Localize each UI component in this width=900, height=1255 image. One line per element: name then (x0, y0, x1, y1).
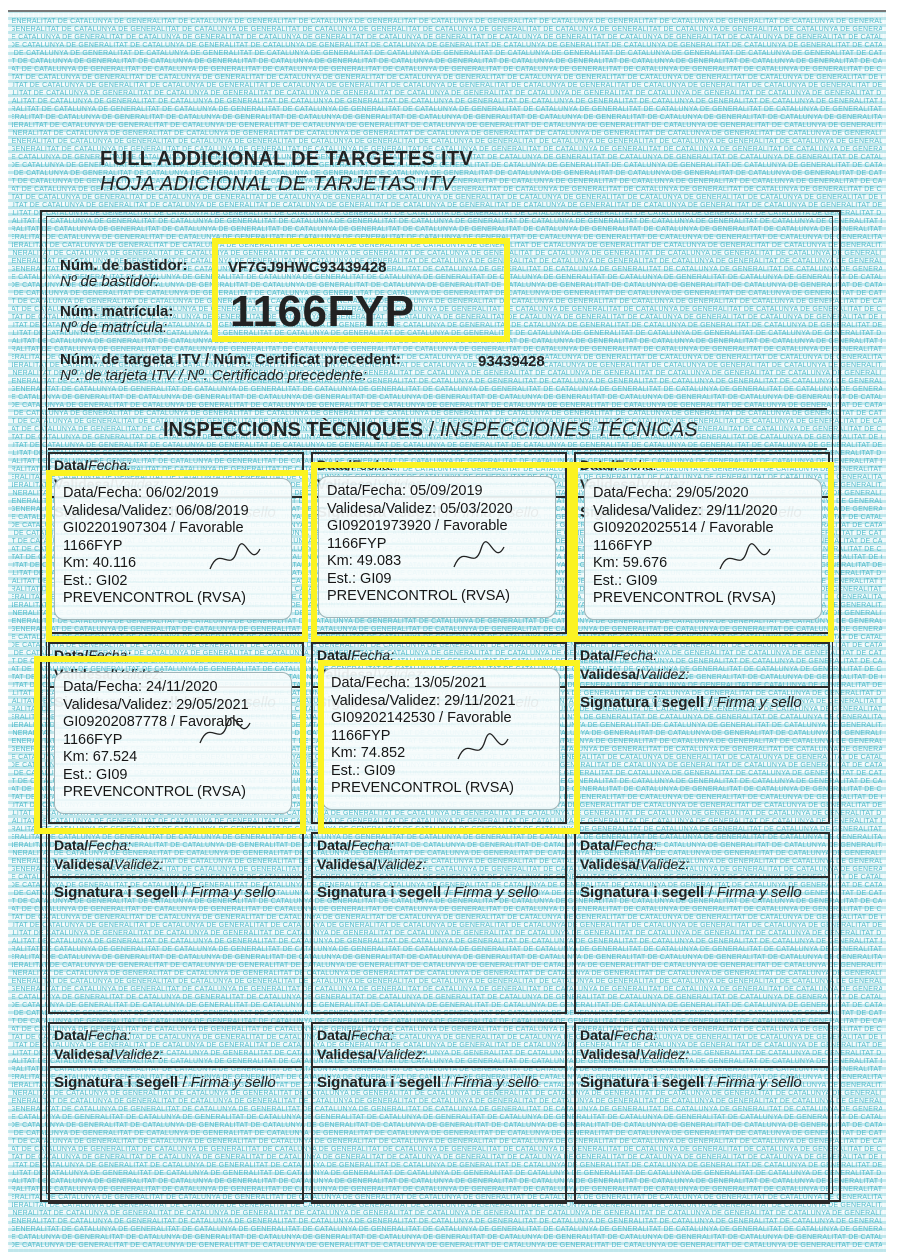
watermark-line: GENERALITAT DE CATALUNYA DE GENERALITAT … (12, 58, 882, 66)
signature-label: Signatura i segell / Firma y sello (580, 1074, 802, 1091)
watermark-line: GENERALITAT DE CATALUNYA DE GENERALITAT … (12, 1226, 882, 1234)
watermark-line: GENERALITAT DE CATALUNYA DE GENERALITAT … (12, 1218, 882, 1226)
inspection-slot-r3c1: Data/Fecha:Validesa/Validez:Signatura i … (48, 832, 304, 1014)
highlight-vehicle-id (212, 238, 510, 342)
inspection-slot-r4c1: Data/Fecha:Validesa/Validez:Signatura i … (48, 1022, 304, 1204)
watermark-line: GENERALITAT DE CATALUNYA DE GENERALITAT … (12, 106, 882, 114)
plate-label-es: Nº de matrícula: (60, 320, 173, 336)
highlight-inspection-1 (46, 470, 308, 642)
highlight-inspection-2 (311, 462, 573, 642)
watermark-line: GENERALITAT DE CATALUNYA DE GENERALITAT … (12, 130, 882, 138)
inspections-title-es: INSPECCIONES TÉCNICAS (440, 419, 698, 441)
slot-header: Data/Fecha:Validesa/Validez: (580, 836, 689, 874)
watermark-line: GENERALITAT DE CATALUNYA DE GENERALITAT … (12, 1234, 882, 1242)
watermark-line: GENERALITAT DE CATALUNYA DE GENERALITAT … (12, 34, 882, 42)
slot-divider (576, 686, 828, 688)
slot-header: Data/Fecha:Validesa/Validez: (317, 836, 426, 874)
watermark-line: GENERALITAT DE CATALUNYA DE GENERALITAT … (12, 82, 882, 90)
previous-certificate-value: 93439428 (478, 353, 545, 370)
title-separator: / (423, 419, 440, 441)
watermark-line: GENERALITAT DE CATALUNYA DE GENERALITAT … (12, 50, 882, 58)
date-label: Data/Fecha: (54, 836, 163, 855)
validity-label: Validesa/Validez: (54, 855, 163, 874)
validity-label: Validesa/Validez: (317, 1045, 426, 1064)
slot-header: Data/Fecha:Validesa/Validez: (317, 1026, 426, 1064)
watermark-line: GENERALITAT DE CATALUNYA DE GENERALITAT … (12, 202, 882, 210)
watermark-line: GENERALITAT DE CATALUNYA DE GENERALITAT … (12, 98, 882, 106)
card-label-ca: Núm. de targeta ITV / Núm. Certificat pr… (60, 352, 401, 368)
watermark-line: GENERALITAT DE CATALUNYA DE GENERALITAT … (12, 74, 882, 82)
signature-label: Signatura i segell / Firma y sello (317, 1074, 539, 1091)
inspection-slot-r2c3: Data/Fecha:Validesa/Validez:Signatura i … (574, 642, 830, 824)
date-label: Data/Fecha: (580, 1026, 689, 1045)
document-title: FULL ADDICIONAL DE TARGETES ITV HOJA ADI… (100, 148, 473, 196)
watermark-line: GENERALITAT DE CATALUNYA DE GENERALITAT … (12, 42, 882, 50)
date-label: Data/Fecha: (317, 836, 426, 855)
slot-divider (576, 876, 828, 878)
title-catalan: FULL ADDICIONAL DE TARGETES ITV (100, 148, 473, 171)
validity-label: Validesa/Validez: (580, 665, 689, 684)
vin-label: Núm. de bastidor: Nº de bastidor: (60, 258, 188, 290)
slot-divider (50, 1066, 302, 1068)
date-label: Data/Fecha: (580, 646, 689, 665)
signature-label: Signatura i segell / Firma y sello (317, 884, 539, 901)
slot-divider (576, 1066, 828, 1068)
signature-label: Signatura i segell / Firma y sello (54, 1074, 276, 1091)
date-label: Data/Fecha: (317, 1026, 426, 1045)
slot-header: Data/Fecha:Validesa/Validez: (54, 1026, 163, 1064)
watermark-line: GENERALITAT DE CATALUNYA DE GENERALITAT … (12, 26, 882, 34)
validity-label: Validesa/Validez: (317, 855, 426, 874)
date-label: Data/Fecha: (54, 1026, 163, 1045)
inspection-slot-r3c3: Data/Fecha:Validesa/Validez:Signatura i … (574, 832, 830, 1014)
slot-header: Data/Fecha:Validesa/Validez: (580, 1026, 689, 1064)
inspection-slot-r3c2: Data/Fecha:Validesa/Validez:Signatura i … (311, 832, 567, 1014)
vin-label-es: Nº de bastidor: (60, 274, 188, 290)
slot-header: Data/Fecha:Validesa/Validez: (580, 646, 689, 684)
title-spanish: HOJA ADICIONAL DE TARJETAS ITV (100, 173, 473, 196)
watermark-line: GENERALITAT DE CATALUNYA DE GENERALITAT … (12, 90, 882, 98)
inspection-slot-r4c2: Data/Fecha:Validesa/Validez:Signatura i … (311, 1022, 567, 1204)
highlight-inspection-5 (318, 660, 580, 834)
highlight-inspection-3 (572, 462, 834, 642)
watermark-line: GENERALITAT DE CATALUNYA DE GENERALITAT … (12, 138, 882, 146)
slot-divider (50, 876, 302, 878)
watermark-line: GENERALITAT DE CATALUNYA DE GENERALITAT … (12, 66, 882, 74)
inspections-title-ca: INSPECCIONS TÈCNIQUES (163, 419, 423, 441)
inspection-slot-r4c3: Data/Fecha:Validesa/Validez:Signatura i … (574, 1022, 830, 1204)
watermark-line: GENERALITAT DE CATALUNYA DE GENERALITAT … (12, 122, 882, 130)
card-label-es: Nº. de tarjeta ITV / Nº. Certificado pre… (60, 368, 401, 384)
plate-label: Núm. matrícula: Nº de matrícula: (60, 304, 173, 336)
signature-label: Signatura i segell / Firma y sello (54, 884, 276, 901)
date-label: Data/Fecha: (580, 836, 689, 855)
slot-divider (313, 876, 565, 878)
signature-label: Signatura i segell / Firma y sello (580, 694, 802, 711)
watermark-line: GENERALITAT DE CATALUNYA DE GENERALITAT … (12, 114, 882, 122)
validity-label: Validesa/Validez: (54, 1045, 163, 1064)
watermark-line: GENERALITAT DE CATALUNYA DE GENERALITAT … (12, 18, 882, 26)
vin-label-ca: Núm. de bastidor: (60, 258, 188, 274)
highlight-inspection-4 (34, 656, 306, 834)
validity-label: Validesa/Validez: (580, 1045, 689, 1064)
signature-label: Signatura i segell / Firma y sello (580, 884, 802, 901)
validity-label: Validesa/Validez: (580, 855, 689, 874)
card-number-label: Núm. de targeta ITV / Núm. Certificat pr… (60, 352, 401, 384)
watermark-line: GENERALITAT DE CATALUNYA DE GENERALITAT … (12, 1242, 882, 1250)
slot-header: Data/Fecha:Validesa/Validez: (54, 836, 163, 874)
inspections-title: INSPECCIONS TÈCNIQUES / INSPECCIONES TÉC… (163, 419, 698, 442)
plate-label-ca: Núm. matrícula: (60, 304, 173, 320)
watermark-line: GENERALITAT DE CATALUNYA DE GENERALITAT … (12, 1210, 882, 1218)
slot-divider (313, 1066, 565, 1068)
